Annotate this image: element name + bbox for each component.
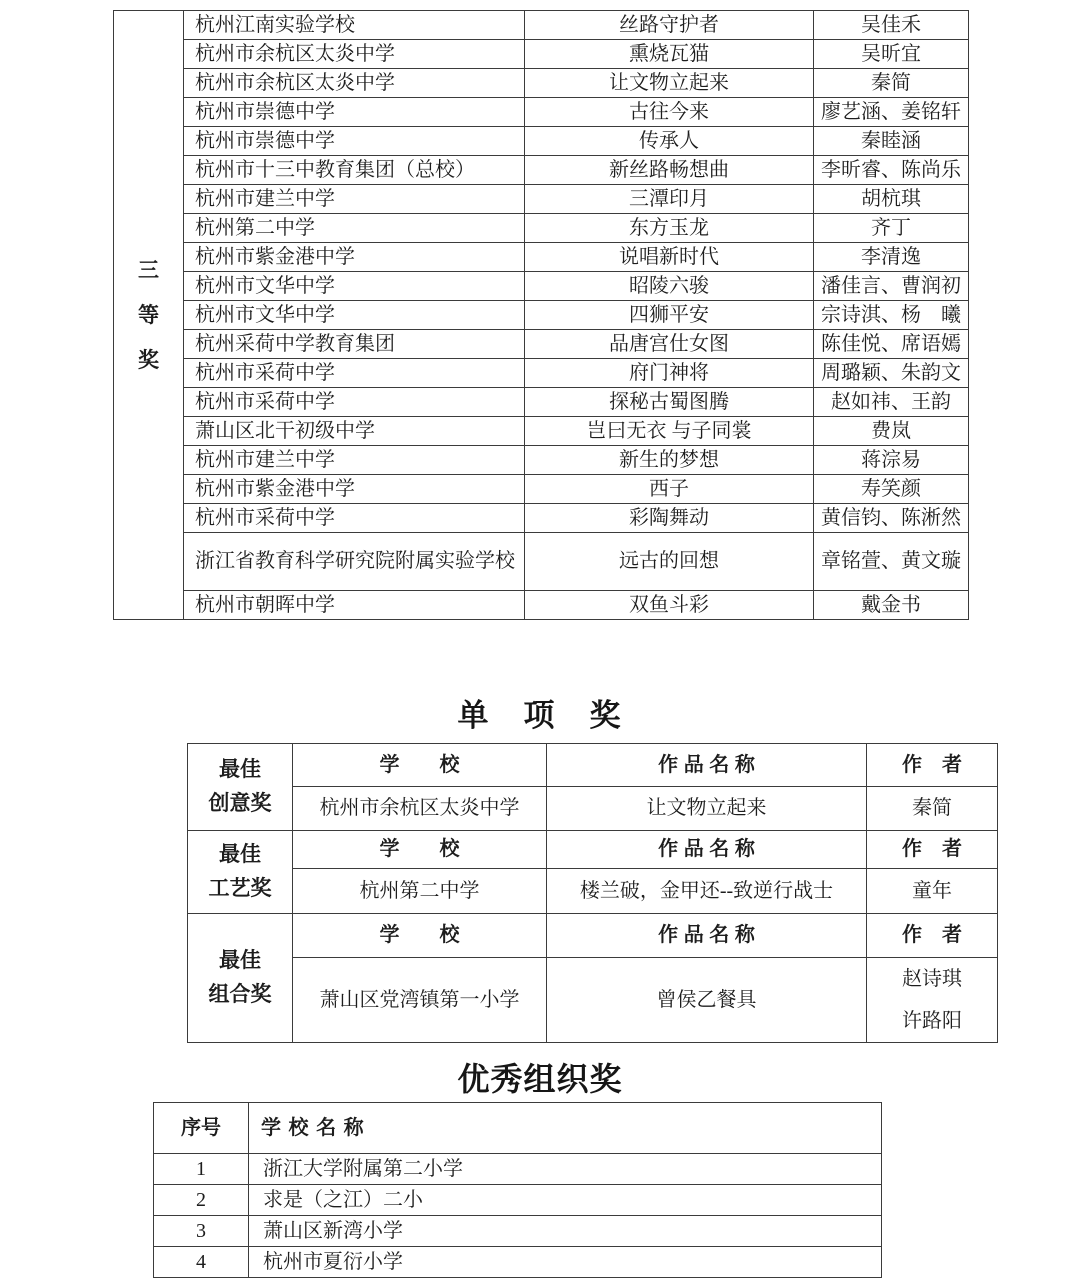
school-cell: 杭州市夏衍小学: [249, 1247, 882, 1278]
school-header-cell: 学 校: [293, 744, 547, 787]
author-cell: 寿笑颜: [814, 475, 969, 504]
school-cell: 杭州市紫金港中学: [184, 475, 525, 504]
table-row: 最佳 工艺奖 学 校 作 品 名 称 作 者: [188, 831, 998, 869]
author-cell: 李昕睿、陈尚乐: [814, 156, 969, 185]
award-label-char: 奖: [138, 347, 159, 373]
table-row: 杭州市文华中学昭陵六骏潘佳言、曹润初: [114, 272, 969, 301]
work-cell: 府门神将: [525, 359, 814, 388]
award-label-line: 工艺奖: [194, 872, 286, 906]
author-cell: 李清逸: [814, 243, 969, 272]
author-name: 赵诗琪: [873, 958, 991, 1000]
table-row: 杭州第二中学东方玉龙齐丁: [114, 214, 969, 243]
author-name: 许路阳: [873, 1000, 991, 1042]
school-cell: 萧山区新湾小学: [249, 1216, 882, 1247]
table-row: 杭州市崇德中学传承人秦睦涵: [114, 127, 969, 156]
author-cell: 赵诗琪 许路阳: [867, 958, 998, 1043]
school-cell: 杭州第二中学: [184, 214, 525, 243]
school-cell: 杭州市崇德中学: [184, 98, 525, 127]
award-label-line: 组合奖: [194, 978, 286, 1012]
award-label-best-creativity: 最佳 创意奖: [188, 744, 293, 831]
author-cell: 齐丁: [814, 214, 969, 243]
author-cell: 秦睦涵: [814, 127, 969, 156]
table-row: 3 萧山区新湾小学: [154, 1216, 882, 1247]
author-cell: 吴昕宜: [814, 40, 969, 69]
school-cell: 杭州江南实验学校: [184, 11, 525, 40]
table-row: 三 等 奖 杭州江南实验学校 丝路守护者 吴佳禾: [114, 11, 969, 40]
work-cell: 说唱新时代: [525, 243, 814, 272]
school-cell: 杭州市文华中学: [184, 301, 525, 330]
author-cell: 蒋淙易: [814, 446, 969, 475]
table-row: 4 杭州市夏衍小学: [154, 1247, 882, 1278]
table-row: 杭州市建兰中学三潭印月胡杭琪: [114, 185, 969, 214]
school-cell: 萧山区北干初级中学: [184, 417, 525, 446]
work-header-cell: 作 品 名 称: [547, 914, 867, 958]
school-cell: 杭州市余杭区太炎中学: [293, 787, 547, 831]
work-cell: 四狮平安: [525, 301, 814, 330]
index-cell: 2: [154, 1185, 249, 1216]
table-row: 杭州市采荷中学探秘古蜀图腾赵如祎、王韵: [114, 388, 969, 417]
award-label-line: 最佳: [194, 838, 286, 872]
award-label-char: 三: [138, 257, 159, 283]
work-header-cell: 作 品 名 称: [547, 831, 867, 869]
work-cell: 岂曰无衣 与子同裳: [525, 417, 814, 446]
author-header-cell: 作 者: [867, 744, 998, 787]
school-cell: 杭州市采荷中学: [184, 359, 525, 388]
school-cell: 杭州市建兰中学: [184, 446, 525, 475]
author-cell: 秦简: [814, 69, 969, 98]
table-row: 浙江省教育科学研究院附属实验学校远古的回想章铭萱、黄文璇: [114, 533, 969, 591]
work-cell: 彩陶舞动: [525, 504, 814, 533]
school-cell: 杭州市建兰中学: [184, 185, 525, 214]
work-cell: 三潭印月: [525, 185, 814, 214]
work-cell: 新生的梦想: [525, 446, 814, 475]
author-cell: 费岚: [814, 417, 969, 446]
work-cell: 让文物立起来: [547, 787, 867, 831]
school-cell: 杭州市余杭区太炎中学: [184, 40, 525, 69]
award-label-third-prize: 三 等 奖: [114, 11, 184, 620]
award-label-vertical-text: 三 等 奖: [114, 257, 183, 374]
school-cell: 杭州市采荷中学: [184, 504, 525, 533]
table-row: 杭州市采荷中学府门神将周璐颖、朱韵文: [114, 359, 969, 388]
author-cell: 童年: [867, 869, 998, 914]
single-awards-table: 最佳 创意奖 学 校 作 品 名 称 作 者 杭州市余杭区太炎中学 让文物立起来…: [187, 743, 998, 1043]
author-cell: 陈佳悦、席语嫣: [814, 330, 969, 359]
table-row: 杭州市余杭区太炎中学熏烧瓦猫吴昕宜: [114, 40, 969, 69]
award-label-char: 等: [138, 302, 159, 328]
index-cell: 1: [154, 1154, 249, 1185]
table-row: 最佳 组合奖 学 校 作 品 名 称 作 者: [188, 914, 998, 958]
table-row: 杭州市紫金港中学西子寿笑颜: [114, 475, 969, 504]
table-row: 杭州市采荷中学彩陶舞动黄信钧、陈淅然: [114, 504, 969, 533]
work-cell: 曾侯乙餐具: [547, 958, 867, 1043]
single-award-section-title: 单 项 奖: [0, 690, 1080, 735]
school-cell: 杭州市文华中学: [184, 272, 525, 301]
table-row: 杭州第二中学 楼兰破，金甲还--致逆行战士 童年: [188, 869, 998, 914]
work-cell: 新丝路畅想曲: [525, 156, 814, 185]
third-prize-table: 三 等 奖 杭州江南实验学校 丝路守护者 吴佳禾 杭州市余杭区太炎中学熏烧瓦猫吴…: [113, 10, 969, 620]
author-cell: 秦简: [867, 787, 998, 831]
work-header-cell: 作 品 名 称: [547, 744, 867, 787]
work-cell: 东方玉龙: [525, 214, 814, 243]
work-cell: 丝路守护者: [525, 11, 814, 40]
school-cell: 杭州第二中学: [293, 869, 547, 914]
work-cell: 熏烧瓦猫: [525, 40, 814, 69]
table-row: 杭州市崇德中学古往今来廖艺涵、姜铭轩: [114, 98, 969, 127]
school-cell: 萧山区党湾镇第一小学: [293, 958, 547, 1043]
table-row: 1 浙江大学附属第二小学: [154, 1154, 882, 1185]
work-cell: 品唐宫仕女图: [525, 330, 814, 359]
work-cell: 远古的回想: [525, 533, 814, 591]
author-cell: 潘佳言、曹润初: [814, 272, 969, 301]
work-cell: 昭陵六骏: [525, 272, 814, 301]
index-header-cell: 序号: [154, 1103, 249, 1154]
work-cell: 古往今来: [525, 98, 814, 127]
table-row: 萧山区党湾镇第一小学 曾侯乙餐具 赵诗琪 许路阳: [188, 958, 998, 1043]
table-row: 杭州市文华中学四狮平安宗诗淇、杨 曦: [114, 301, 969, 330]
school-header-cell: 学 校: [293, 914, 547, 958]
index-cell: 4: [154, 1247, 249, 1278]
table-row: 杭州采荷中学教育集团品唐宫仕女图陈佳悦、席语嫣: [114, 330, 969, 359]
work-cell: 让文物立起来: [525, 69, 814, 98]
school-cell: 杭州市朝晖中学: [184, 591, 525, 620]
school-cell: 杭州市采荷中学: [184, 388, 525, 417]
school-cell: 杭州市十三中教育集团（总校）: [184, 156, 525, 185]
school-cell: 浙江大学附属第二小学: [249, 1154, 882, 1185]
award-label-line: 最佳: [194, 944, 286, 978]
author-cell: 吴佳禾: [814, 11, 969, 40]
table-row: 杭州市余杭区太炎中学 让文物立起来 秦简: [188, 787, 998, 831]
table-header-row: 序号 学 校 名 称: [154, 1103, 882, 1154]
table-row: 杭州市余杭区太炎中学让文物立起来秦简: [114, 69, 969, 98]
work-cell: 探秘古蜀图腾: [525, 388, 814, 417]
author-cell: 胡杭琪: [814, 185, 969, 214]
author-cell: 宗诗淇、杨 曦: [814, 301, 969, 330]
author-header-cell: 作 者: [867, 914, 998, 958]
author-cell: 黄信钧、陈淅然: [814, 504, 969, 533]
author-cell: 戴金书: [814, 591, 969, 620]
author-cell: 赵如祎、王韵: [814, 388, 969, 417]
school-header-cell: 学 校: [293, 831, 547, 869]
table-row: 最佳 创意奖 学 校 作 品 名 称 作 者: [188, 744, 998, 787]
org-award-section-title: 优秀组织奖: [0, 1054, 1080, 1100]
author-cell: 章铭萱、黄文璇: [814, 533, 969, 591]
table-row: 杭州市紫金港中学说唱新时代李清逸: [114, 243, 969, 272]
org-awards-table: 序号 学 校 名 称 1 浙江大学附属第二小学 2 求是（之江）二小 3 萧山区…: [153, 1102, 882, 1278]
author-header-cell: 作 者: [867, 831, 998, 869]
work-cell: 西子: [525, 475, 814, 504]
table-row: 杭州市建兰中学新生的梦想蒋淙易: [114, 446, 969, 475]
table-row: 萧山区北干初级中学岂曰无衣 与子同裳费岚: [114, 417, 969, 446]
school-cell: 杭州采荷中学教育集团: [184, 330, 525, 359]
work-cell: 双鱼斗彩: [525, 591, 814, 620]
award-label-line: 最佳: [194, 753, 286, 787]
table-row: 杭州市朝晖中学双鱼斗彩戴金书: [114, 591, 969, 620]
table-row: 2 求是（之江）二小: [154, 1185, 882, 1216]
school-name-header-cell: 学 校 名 称: [249, 1103, 882, 1154]
school-cell: 杭州市紫金港中学: [184, 243, 525, 272]
school-cell: 杭州市余杭区太炎中学: [184, 69, 525, 98]
table-row: 杭州市十三中教育集团（总校）新丝路畅想曲李昕睿、陈尚乐: [114, 156, 969, 185]
index-cell: 3: [154, 1216, 249, 1247]
school-cell: 浙江省教育科学研究院附属实验学校: [184, 533, 525, 591]
work-cell: 楼兰破，金甲还--致逆行战士: [547, 869, 867, 914]
school-cell: 求是（之江）二小: [249, 1185, 882, 1216]
award-label-line: 创意奖: [194, 787, 286, 821]
school-cell: 杭州市崇德中学: [184, 127, 525, 156]
author-cell: 周璐颖、朱韵文: [814, 359, 969, 388]
author-cell: 廖艺涵、姜铭轩: [814, 98, 969, 127]
work-cell: 传承人: [525, 127, 814, 156]
award-label-best-combination: 最佳 组合奖: [188, 914, 293, 1043]
award-label-best-craft: 最佳 工艺奖: [188, 831, 293, 914]
